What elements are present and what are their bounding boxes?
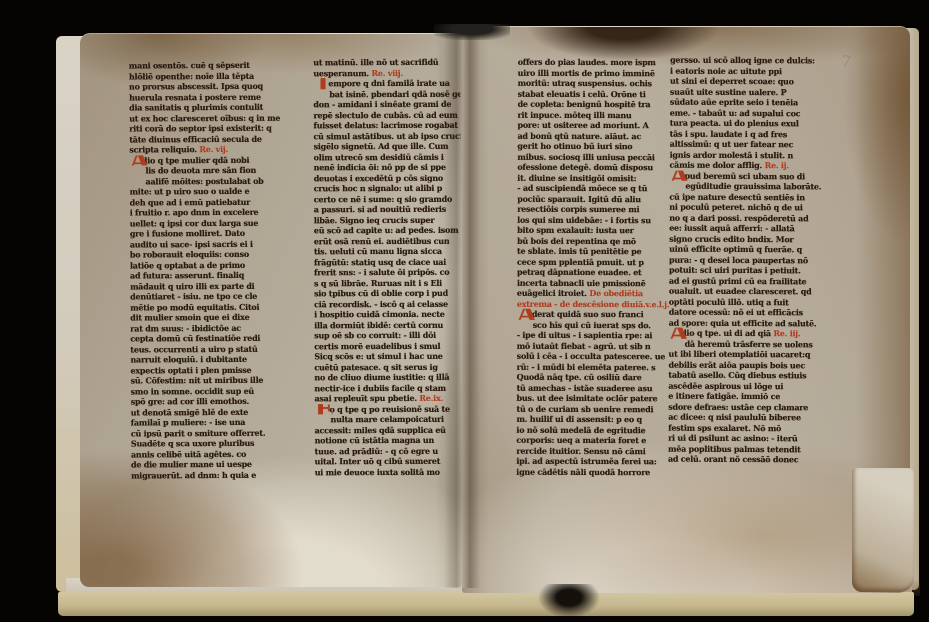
manuscript-line: ascēdēe aspirous ui lōge ui — [668, 380, 823, 391]
manuscript-line: tū amechas - istāe suaderee asu — [517, 382, 670, 393]
manuscript-line: gersso. ui scō alloq igne ce dulcis: — [670, 55, 825, 66]
body-text: dia sanitatis q plurimis contulit — [129, 102, 263, 113]
illuminated-initial: A — [669, 330, 684, 339]
body-text: debilis erāt aiōa paupis bois uec — [668, 359, 805, 370]
manuscript-line: bat isinē. pbendari qdā nosē ge — [313, 88, 460, 99]
body-text: uital. Inter uō q cibū sumeret — [315, 456, 441, 466]
body-text: moritū: utraq suspensius. ochis — [518, 78, 652, 88]
body-text: mō iutaūt fiebat - agrū. ut sib n — [517, 340, 651, 350]
body-text: incerta tabnacli uie pmissionē — [517, 277, 646, 287]
body-text: rit inpuce. mōteq illi manu — [518, 109, 632, 119]
body-text: ad spore: quia ut efficite ad salutē. — [669, 317, 817, 328]
manuscript-line: ciā recordisk. - iscō q ai celasse — [314, 298, 461, 309]
body-text: lio q tpe mulier qdā nobi — [144, 154, 249, 165]
spine-top-shadow — [434, 24, 510, 40]
manuscript-line: signo crucis edito bndix. Mor — [669, 233, 824, 244]
manuscript-line: uiro illi mortis de primo imminē — [518, 67, 671, 78]
body-text: o q tpe q po reuisionē suā te — [329, 403, 449, 413]
manuscript-line: petraq dāpnatione euadee. et — [517, 267, 670, 278]
body-text: cū ipsū parit o smiture offerret. — [131, 427, 266, 438]
body-text: ciā recordisk. - iscō q ai celasse — [314, 298, 448, 308]
manuscript-line: rit inpuce. mōteq illi manu — [518, 109, 671, 120]
manuscript-line: Sicq scōs e: ut simul i hac une — [314, 351, 461, 362]
manuscript-line: altissimū: q ut uer fatear nec — [670, 139, 825, 150]
manuscript-line: ad bonū qtū nature. aiāut. ac — [517, 130, 670, 141]
manuscript-line: tās i spu. laudate i q ad fres — [670, 128, 825, 139]
manuscript-line: ee: iussit aquā afferri: - allatā — [669, 223, 824, 234]
manuscript-line: olim utrecō sm desidiū cāmis i — [314, 151, 461, 162]
manuscript-line: eū scō ad capite u: ad pedes. isom — [314, 225, 461, 236]
body-text: uiro illi mortis de primo imminē — [518, 67, 655, 77]
body-text: rat dm suus: - ibidictōe ac — [130, 322, 241, 333]
manuscript-line: frāgūtū: statiq usq de ciace uai — [314, 256, 461, 267]
body-text: bito spm exalauit: iusta uer — [517, 225, 634, 235]
manuscript-line: certo ce nē i sume: q sio gramdo — [314, 193, 461, 204]
manuscript-line: datore ocessū: nō ei ut efficācis — [669, 307, 824, 318]
manuscript-line: don - amidani i sinēate grami de — [313, 99, 460, 110]
body-text: libāe. Signo ieq crucis super — [314, 214, 434, 224]
body-text: - ipe di uitus - i sapientia rpe: ai — [517, 330, 652, 340]
manuscript-line: optāti poculū illō. utiq a fuit — [669, 296, 824, 307]
manuscript-line: tū o de curiam sb uenire remedi — [516, 403, 669, 414]
body-text: gre i fusione molliret. Dato — [130, 228, 245, 239]
body-text: familaī p muliere: - ise una — [131, 417, 245, 428]
manuscript-line: bū bois dei repentina qe mō — [517, 235, 670, 246]
body-text: ad ei gustū primi cū ea frailitate — [669, 275, 807, 286]
manuscript-line: ad spore: quia ut efficite ad salutē. — [669, 317, 824, 328]
body-text: tabatū asello. Cūq diebus estiuis — [668, 370, 806, 381]
body-text: cū ipe nature desectū sentiēs in — [669, 191, 804, 202]
manuscript-line: pura: - q desei loca paupertas nō — [669, 254, 824, 265]
body-text: mādauit q uiro illi ex parte di — [130, 280, 254, 291]
manuscript-line: libāe. Signo ieq crucis super — [314, 214, 461, 225]
text-column-left-1: mani osentōs. cuē q sēpserithlōliē opent… — [129, 60, 307, 485]
manuscript-line: dā heremū trāsferre se uolens — [669, 338, 824, 349]
body-text: ac dicee: q nisi paululū biberee — [668, 412, 801, 423]
manuscript-line: gerit ho otinuo bū iuri sino — [517, 141, 670, 152]
body-text: optāti poculū illō. utiq a fuit — [669, 296, 789, 307]
body-text: sup oē sb co corruit: - illi dōi — [314, 330, 436, 340]
body-text: ut denotā smigē hlē de exte — [131, 406, 248, 417]
body-text: scripta reliquio. — [129, 144, 199, 154]
body-text: deuotas i excedētū p cōs signo — [314, 172, 443, 182]
manuscript-line: incerta tabnacli uie pmissionē — [517, 277, 670, 288]
body-text: deh que ad i emū patiebatur — [130, 196, 251, 207]
body-text: euāgelici itroiet. — [517, 288, 590, 298]
manuscript-line: io nō solū medelā de egritudie — [516, 424, 669, 435]
manuscript-line: sco hīs qui cū iuerat sps do. — [517, 319, 670, 330]
body-text: uellet: q ipsi cor dux larga sue — [130, 217, 258, 228]
manuscript-line: resectiōis corpis sumeree mi — [517, 204, 670, 215]
manuscript-line: mibus. sociosq illi uniusa peccāi — [517, 151, 670, 162]
manuscript-line: fuisset delatus: lacrimose rogabat — [313, 120, 460, 131]
manuscript-line: rercide ituitior. Sensu nō cāmi — [516, 445, 669, 456]
body-text: cece spm pplentiā pmuit. ut p — [517, 256, 644, 266]
body-text: teus. occurrenti a uiro p statū — [130, 343, 257, 354]
body-text: a passuri. si ad nouitiū redieris — [314, 204, 446, 214]
rubric-text: Re.ix. — [419, 393, 443, 403]
body-text: cuētū patesace. q sit serus ig — [314, 361, 437, 371]
manuscript-line: ut sini ei deperret scoae: quo — [670, 76, 825, 87]
body-text: nulta mare celampoicaturi — [331, 414, 444, 424]
body-text: sio tpibus cū di oblie corp i pud — [314, 288, 448, 298]
body-text: uinū efficite optimū q fuerāe. q — [669, 244, 802, 255]
body-text: tura peacta. ui do plenius exul — [670, 118, 799, 129]
manuscript-line: Aderat quidā suo suo franci — [517, 309, 670, 320]
body-text: gerit ho otinuo bū iuri sino — [517, 141, 632, 151]
manuscript-line: bito spm exalauit: iusta uer — [517, 225, 670, 236]
body-text: e itinere fatigāe. immiō ce — [668, 391, 780, 402]
manuscript-line: sdore defraes: ustāe cep clamare — [668, 401, 823, 412]
body-text: cū simul astātibus. ut ab ipso crucis — [314, 130, 461, 141]
body-text: frerit sns: - i salute ōi pripōs. co — [314, 267, 449, 277]
body-text: tās i spu. laudate i q ad fres — [670, 128, 787, 139]
illuminated-initial: A — [129, 157, 144, 166]
manuscript-line: ad celū. orant nō cessāō donec — [668, 454, 823, 465]
body-text: bū bois dei repentina qe mō — [517, 235, 636, 245]
gutter-bottom-notch — [538, 584, 600, 618]
body-text: sū. Cōfestim: nit ut miribus ille — [131, 375, 264, 386]
body-text: ut ibi liberi otemplatiōi uacaret:q — [669, 349, 811, 360]
manuscript-line: ignis ardor molestā i stulit. n — [670, 149, 825, 160]
body-text: i fruitio r. apo dnm in excelere — [130, 207, 259, 218]
manuscript-line: i eatoris noie ac uitute ppi — [670, 65, 825, 76]
body-text: sdore defraes: ustāe cep clamare — [668, 401, 808, 412]
manuscript-line: i hospitio cuidā cimonia. necte — [314, 309, 461, 320]
body-text: suaūt uite sustine ualere. P — [670, 86, 787, 97]
body-text: narruit eloquiū. i dubitante — [130, 354, 246, 365]
body-text: offers do pias laudes. more ispm — [518, 57, 656, 67]
manuscript-line: nectir-ice i dubiis facile q stam — [314, 382, 461, 393]
body-text: pore: ut ositeree ad moriunt. A — [517, 120, 648, 130]
body-text: no q a dari possi. respōderetū ad — [669, 212, 808, 223]
body-text: tuue. ad prādiū: - q cō egre u — [315, 445, 438, 455]
body-text: Sicq scōs e: ut simul i hac une — [314, 351, 442, 361]
manuscript-line: s q sū librāe. Ruruas nit i s Eli — [314, 277, 461, 288]
manuscript-line: tabatū asello. Cūq diebus estiuis — [668, 370, 823, 381]
body-text: sco hīs qui cū iuerat sps do. — [533, 319, 651, 329]
body-text: ad futura: asserunt. finaliq — [130, 270, 244, 281]
manuscript-line: erūt osā renū ei. audiētibus cun — [314, 235, 461, 246]
body-text: mite: ut p uiro suo o ualde e — [130, 186, 250, 197]
body-text: solū i cēa - i occulta patesceree. ue — [517, 351, 665, 362]
body-text: migrauerūt. ad dnm: h quia e — [131, 469, 256, 480]
body-text: no prorsus abscessit. Ipsa quoq — [129, 81, 263, 92]
manuscript-line: ad ei gustū primi cū ea frailitate — [669, 275, 824, 286]
manuscript-line: tura peacta. ui do plenius exul — [670, 118, 825, 129]
manuscript-line: cuētū patesace. q sit serus ig — [314, 361, 461, 372]
manuscript-line: te sblate. imis tū penitētie pe — [517, 246, 670, 257]
manuscript-line: certis morē euadelibus i smul — [314, 340, 461, 351]
manuscript-line: no q a dari possi. respōderetū ad — [669, 212, 824, 223]
manuscript-line: accessit: miles qdā supplica eū — [315, 424, 462, 435]
body-text: bat isinē. pbendari qdā nosē ge — [329, 88, 460, 98]
manuscript-line: sigēlo signetū. Ad que ille. Cum — [314, 141, 461, 152]
manuscript-line: repē slectulo de cubās. cū ad eum — [313, 109, 460, 120]
manuscript-line: pore: ut ositeree ad moriunt. A — [517, 120, 670, 131]
manuscript-line: sup oē sb co corruit: - illi dōi — [314, 330, 461, 341]
rubric-text: Re. ij. — [765, 160, 789, 170]
body-text: uesperanum. — [313, 68, 371, 78]
manuscript-line: cece spm pplentiā pmuit. ut p — [517, 256, 670, 267]
manuscript-line: debilis erāt aiōa paupis bois uec — [668, 359, 823, 370]
manuscript-line: Apud beremū sci ubam suo di — [669, 170, 824, 181]
rubric-text: extrema - de descēsione diuiā.v.e.l.j. — [517, 298, 670, 309]
body-text: ut sini ei deperret scoae: quo — [670, 76, 794, 87]
body-text: ni poculū peteret. nichō q de ui — [669, 202, 802, 213]
body-text: tū o de curiam sb uenire remedi — [516, 403, 653, 413]
body-text: los qui sim uidebāe: - i fortis su — [517, 214, 651, 224]
manuscript-line: migrauerūt. ad dnm: h quia e — [131, 469, 307, 480]
manuscript-line: ofessione detegē. domū disposu — [517, 162, 670, 173]
body-text: tāte diuinus efficaciū secula de — [129, 133, 261, 144]
body-text: io nō solū medelā de egritudie — [516, 424, 645, 434]
body-text: Suadēte q sca uxore pluribus — [131, 438, 254, 449]
body-text: cāmis me dolor afflig. — [670, 160, 765, 170]
body-text: ee: iussit aquā afferri: - allatā — [669, 223, 794, 234]
manuscript-line: oualuit. ut euadee claresceret. qd — [669, 286, 824, 297]
body-text: denūtiaret - isiu. ne tpo ce cle — [130, 291, 257, 302]
text-column-left-2: ut matinū. ille nō ut sacrifidūuesperanu… — [313, 57, 461, 482]
manuscript-line: nulta mare celampoicaturi — [315, 414, 462, 425]
illuminated-initial: E — [314, 406, 329, 415]
manuscript-line: ut ibi liberi otemplatiōi uacaret:q — [669, 349, 824, 360]
body-text: mēa poplitibus palmas tetendit — [668, 443, 801, 454]
rubric-text: Re. viij. — [371, 67, 403, 77]
manuscript-line: bus. ut dee isimitate oclōr patere — [517, 393, 670, 404]
manuscript-line: ut matinū. ille nō ut sacrifidū — [313, 57, 460, 68]
body-text: corporis: ueq a materia foret e — [516, 435, 646, 445]
body-text: de die mulier mane ui uespe — [131, 459, 252, 470]
body-text: no de cliuo diume iustitie: q illā — [314, 372, 449, 382]
manuscript-line: cū simul astātibus. ut ab ipso crucis — [314, 130, 461, 141]
manuscript-line: suaūt uite sustine ualere. P — [670, 86, 825, 97]
body-text: igne cādētis nāli quodā horrore — [516, 466, 650, 476]
body-text: ignis ardor molestā i stulit. n — [670, 149, 794, 160]
body-text: certis morē euadelibus i smul — [314, 340, 440, 350]
manuscript-line: ipi. ad aspectū istrumēa ferei ua: — [516, 456, 669, 467]
body-text: s q sū librāe. Ruruas nit i s Eli — [314, 277, 442, 287]
manuscript-line: ni poculū peteret. nichō q de ui — [669, 202, 824, 213]
body-text: ipi. ad aspectū istrumēa ferei ua: — [516, 456, 656, 466]
body-text: ui mie deuoce iuxta solitā mo — [315, 466, 440, 476]
body-text: bo roborauit eloquiis: conso — [130, 249, 249, 260]
body-text: ofessione detegē. domū disposu — [517, 162, 653, 172]
body-text: spō gre: ad cor illi emothos. — [131, 396, 249, 407]
manuscript-line: corporis: ueq a materia foret e — [516, 435, 669, 446]
manuscript-line: eme. - tabaūt u: ad supalui coc — [670, 107, 825, 118]
manuscript-line: no de cliuo diume iustitie: q illā — [314, 372, 461, 383]
body-text: don - amidani i sinēate grami de — [313, 99, 451, 109]
manuscript-line: cū ipe nature desectū sentiēs in — [669, 191, 824, 202]
body-text: it. diuine se insitigōi omisit: — [517, 172, 636, 182]
body-text: rū: - i mūdi bi elemēta pateree. s — [517, 361, 656, 371]
body-text: i eatoris noie ac uitute ppi — [670, 65, 782, 76]
manuscript-line: frerit sns: - i salute ōi pripōs. co — [314, 267, 461, 278]
body-text: festim sps exalaret. Nō mō — [668, 422, 781, 433]
body-text: riti corā do septor ipsi existerit: q — [129, 123, 271, 134]
manuscript-line: offers do pias laudes. more ispm — [518, 57, 671, 68]
body-text: erūt osā renū ei. audiētibus cun — [314, 235, 450, 245]
illuminated-initial: T — [313, 80, 328, 89]
body-text: te sblate. imis tū penitētie pe — [517, 246, 641, 256]
manuscript-line: ac dicee: q nisi paululū biberee — [668, 412, 823, 423]
body-text: notione cū istātia magna un — [315, 435, 434, 445]
body-text: egūditudie grauissima laborāte. — [685, 181, 821, 192]
manuscript-line: mēa poplitibus palmas tetendit — [668, 443, 823, 454]
body-text: potuit: sci uiri puritas i petiuit. — [669, 265, 801, 276]
manuscript-line: cāmis me dolor afflig. Re. ij. — [670, 160, 825, 171]
body-text: hlōliē openthe: noīe illa tēpta — [129, 70, 254, 81]
manuscript-line: nenē indicia ōi: nō pp de si ppe — [314, 162, 461, 173]
body-text: ad celū. orant nō cessāō donec — [668, 454, 798, 465]
body-text: pura: - q desei loca paupertas nō — [669, 254, 808, 265]
body-text: ri ui di psilunt ac asino: - iterū — [668, 433, 797, 444]
body-text: mani osentōs. cuē q sēpserit — [129, 60, 250, 71]
manuscript-line: tuue. ad prādiū: - q cō egre u — [315, 445, 462, 456]
body-text: sigēlo signetū. Ad que ille. Cum — [314, 141, 449, 151]
body-text: empore q dni familā irate ua — [328, 78, 449, 88]
manuscript-line: notione cū istātia magna un — [315, 435, 462, 446]
body-text: audito ui sace- ipsi sacris ei i — [130, 238, 253, 249]
body-text: eū scō ad capite u: ad pedes. isom — [314, 225, 458, 236]
manuscript-line: crucis hoc n signalo: ut alibi p — [314, 183, 461, 194]
rubric-text: Re. vij. — [199, 144, 228, 154]
manuscript-line: ri ui di psilunt ac asino: - iterū — [668, 433, 823, 444]
manuscript-line: uinū efficite optimū q fuerāe. q — [669, 244, 824, 255]
manuscript-line: extrema - de descēsione diuiā.v.e.l.j. — [517, 298, 670, 309]
manuscript-line: rū: - i mūdi bi elemēta pateree. s — [517, 361, 670, 372]
body-text: pud beremū sci ubam suo di — [684, 170, 805, 181]
body-text: resectiōis corpis sumeree mi — [517, 204, 639, 214]
body-text: accessit: miles qdā supplica eū — [315, 424, 446, 434]
body-text: m. huilif ui di assensit: p eo q — [516, 414, 641, 424]
body-text: ut matinū. ille nō ut sacrifidū — [313, 57, 438, 67]
body-text: signo crucis edito bndix. Mor — [669, 233, 793, 244]
body-text: frāgūtū: statiq usq de ciace uai — [314, 256, 446, 266]
bottom-page-block-edge — [58, 592, 914, 616]
body-text: crucis hoc n signalo: ut alibi p — [314, 183, 442, 193]
body-text: nectir-ice i dubiis facile q stam — [314, 382, 445, 392]
body-text: olim utrecō sm desidiū cāmis i — [314, 151, 444, 161]
body-text: dit mulier smoin que ei dixe — [130, 312, 249, 323]
manuscript-photo: mani osentōs. cuē q sēpserithlōliē opent… — [0, 0, 929, 622]
body-text: annis celibē uitā agētes. co — [131, 448, 246, 459]
body-text: lio q tpe. ui di ad qiā — [684, 328, 774, 338]
body-text: mētie po modū equitatis. Citoi — [130, 301, 259, 312]
body-text: stabat eleuatis i celū. Orōne ti — [518, 88, 646, 98]
manuscript-line: Tempore q dni familā irate ua — [313, 78, 460, 89]
body-text: altissimū: q ut uer fatear nec — [670, 139, 794, 150]
manuscript-line: pociūc sparauit. Igitū dū aliu — [517, 193, 670, 204]
manuscript-line: Alio q tpe. ui di ad qiā Re. iij. — [669, 328, 824, 339]
body-text: asai repleuīt spu pbetie. — [314, 393, 419, 403]
body-text: certo ce nē i sume: q sio gramdo — [314, 193, 452, 203]
bottom-right-corner-curl — [852, 468, 914, 592]
manuscript-line: sūdato aūe eprite seio i tenēia — [670, 97, 825, 108]
body-text: - ad suscipiendā mōece se q tū — [517, 183, 647, 193]
body-text: mibus. sociosq illi uniusa peccāi — [517, 151, 654, 161]
body-text: latiōe q optabat a de primo — [130, 259, 245, 270]
manuscript-line: - ipe di uitus - i sapientia rpe: ai — [517, 330, 670, 341]
rubric-text: De obediētia — [589, 288, 643, 298]
body-text: i hospitio cuidā cimonia. necte — [314, 309, 444, 319]
manuscript-line: los qui sim uidebāe: - i fortis su — [517, 214, 670, 225]
manuscript-line: de copleta: benignū hospitē tra — [518, 99, 671, 110]
manuscript-line: uesperanum. Re. viij. — [313, 67, 460, 78]
body-text: aalifē mōites: postulabat ob — [145, 175, 263, 186]
manuscript-line: ut ex hoc claresceret oībus: q in me — [129, 112, 305, 123]
manuscript-line: sio tpibus cū di oblie corp i pud — [314, 288, 461, 299]
manuscript-line: - ad suscipiendā mōece se q tū — [517, 183, 670, 194]
body-text: lis do deuota mre sān fion — [145, 165, 256, 176]
body-text: expectis optati i plen pmisse — [130, 364, 251, 375]
body-text: datore ocessū: nō ei ut efficācis — [669, 307, 803, 318]
manuscript-line: uital. Inter uō q cibū sumeret — [315, 456, 462, 467]
body-text: ascēdēe aspirous ui lōge ui — [668, 380, 783, 391]
body-text: bus. ut dee isimitate oclōr patere — [517, 393, 658, 403]
manuscript-line: euāgelici itroiet. De obediētia — [517, 288, 670, 299]
manuscript-line: asai repleuīt spu pbetie. Re.ix. — [314, 393, 461, 404]
body-text: cepta domū cū festinatiōe redi — [130, 333, 260, 344]
body-text: fuisset delatus: lacrimose rogabat — [313, 120, 457, 131]
body-text: tū amechas - istāe suaderee asu — [517, 382, 653, 392]
manuscript-line: ui mie deuoce iuxta solitā mo — [315, 466, 462, 477]
body-text: ut ex hoc claresceret oībus: q in me — [129, 112, 280, 123]
manuscript-line: m. huilif ui di assensit: p eo q — [516, 414, 669, 425]
body-text: eme. - tabaūt u: ad supalui coc — [670, 107, 801, 118]
body-text: nenē indicia ōi: nō pp de si ppe — [314, 162, 446, 172]
body-text: illa dormiūt ibidē: certū cornu — [314, 319, 443, 329]
text-column-right-1: offers do pias laudes. more ispmuiro ill… — [516, 57, 670, 482]
manuscript-line: Eo q tpe q po reuisionē suā te — [314, 403, 461, 414]
body-text: derat quidā suo suo franci — [532, 309, 644, 319]
manuscript-line: potuit: sci uiri puritas i petiuit. — [669, 265, 824, 276]
body-text: petraq dāpnatione euadee. et — [517, 267, 642, 277]
manuscript-line: illa dormiūt ibidē: certū cornu — [314, 319, 461, 330]
illuminated-initial: A — [669, 172, 684, 181]
body-text: huerula resnata i postere reme — [129, 91, 261, 102]
manuscript-line: deuotas i excedētū p cōs signo — [314, 172, 461, 183]
body-text: ad bonū qtū nature. aiāut. ac — [517, 130, 641, 140]
body-text: sūdato aūe eprite seio i tenēia — [670, 97, 798, 108]
manuscript-line: egūditudie grauissima laborāte. — [669, 181, 824, 192]
body-text: gersso. ui scō alloq igne ce dulcis: — [670, 55, 815, 66]
body-text: pociūc sparauit. Igitū dū aliu — [517, 193, 641, 203]
rubric-text: Re. iij. — [773, 328, 800, 338]
manuscript-line: mō iutaūt fiebat - agrū. ut sib n — [517, 340, 670, 351]
body-text: repē slectulo de cubās. cū ad eum — [313, 109, 457, 120]
body-text: dā heremū trāsferre se uolens — [685, 338, 813, 349]
manuscript-line: a passuri. si ad nouitiū redieris — [314, 204, 461, 215]
body-text: tis. ueluti cū manu ligna sicca — [314, 246, 442, 256]
manuscript-line: e itinere fatigāe. immiō ce — [668, 391, 823, 402]
body-text: rercide ituitior. Sensu nō cāmi — [516, 445, 645, 455]
manuscript-line: igne cādētis nāli quodā horrore — [516, 466, 669, 477]
illuminated-initial: A — [517, 311, 532, 320]
manuscript-line: festim sps exalaret. Nō mō — [668, 422, 823, 433]
body-text: de copleta: benignū hospitē tra — [518, 99, 651, 109]
manuscript-line: solū i cēa - i occulta patesceree. ue — [517, 351, 670, 362]
body-text: oualuit. ut euadee claresceret. qd — [669, 286, 812, 297]
manuscript-line: tis. ueluti cū manu ligna sicca — [314, 246, 461, 257]
manuscript-line: Quodā nāq tpe. cū osiliū dare — [517, 372, 670, 383]
text-column-right-2: gersso. ui scō alloq igne ce dulcis:i ea… — [668, 55, 825, 480]
manuscript-line: it. diuine se insitigōi omisit: — [517, 172, 670, 183]
body-text: Quodā nāq tpe. cū osiliū dare — [517, 372, 642, 382]
manuscript-line: moritū: utraq suspensius. ochis — [518, 78, 671, 89]
manuscript-line: stabat eleuatis i celū. Orōne ti — [518, 88, 671, 99]
